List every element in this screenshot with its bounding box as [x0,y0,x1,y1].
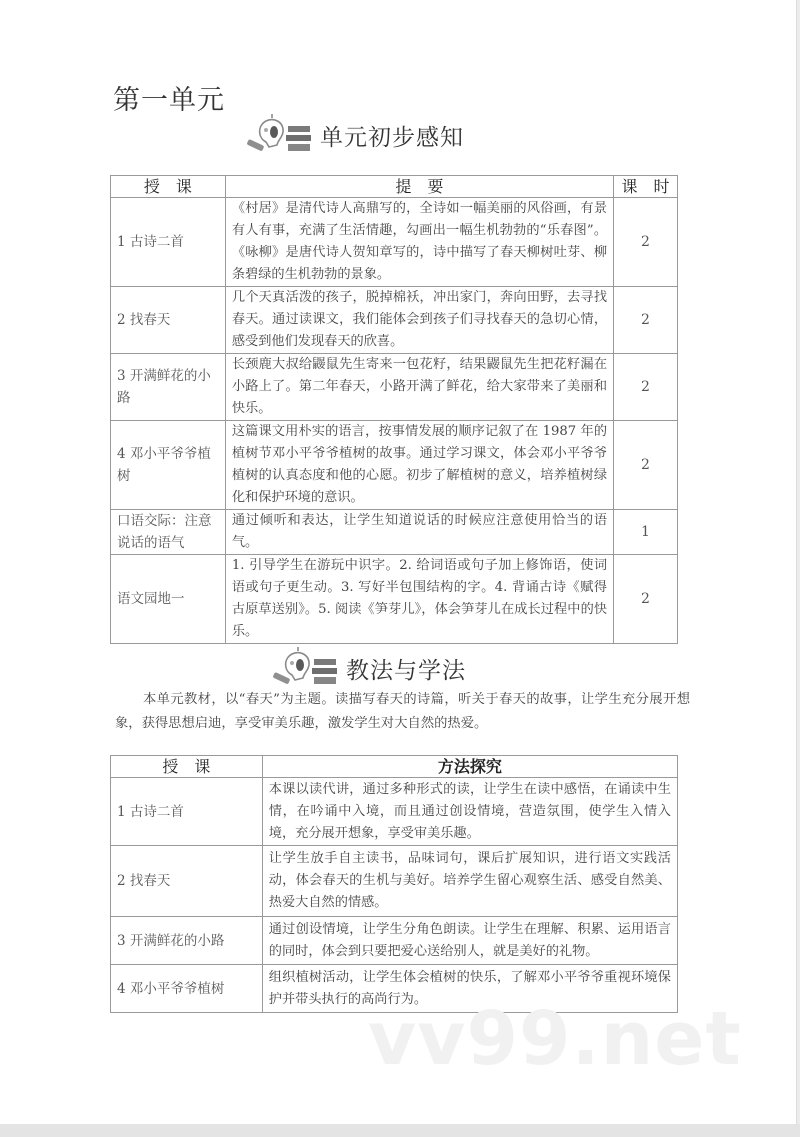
hours-cell: 2 [614,354,678,421]
lesson-cell: 语文园地一 [111,555,226,644]
lesson-cell: 2 找春天 [111,846,263,917]
lesson-cell: 1 古诗二首 [111,198,226,287]
document-page: 第一单元 单元初步感知 授 课 提 要 课 时 1 古诗二首 《村居》是清代诗人… [0,0,797,1124]
section-heading-label: 教法与学法 [346,652,466,685]
column-header-hours: 课 时 [614,176,678,198]
lesson-cell: 1 古诗二首 [111,778,263,846]
table-row: 3 开满鲜花的小路 通过创设情境，让学生分角色朗读。让学生在理解、积累、运用语言… [111,917,678,965]
method-cell: 通过创设情境，让学生分角色朗读。让学生在理解、积累、运用语言的同时，体会到只要把… [262,917,677,965]
column-header-lesson: 授 课 [111,176,226,198]
summary-cell: 长颈鹿大叔给鼹鼠先生寄来一包花籽，结果鼹鼠先生把花籽漏在小路上了。第二年春天，小… [225,354,613,421]
table-header-row: 授 课 方法探究 [111,756,678,778]
overview-table: 授 课 提 要 课 时 1 古诗二首 《村居》是清代诗人高鼎写的，全诗如一幅美丽… [110,175,678,644]
column-header-summary: 提 要 [225,176,613,198]
unit-title: 第一单元 [113,78,225,117]
lesson-cell: 4 邓小平爷爷植树 [111,965,263,1013]
summary-cell: 通过倾听和表达，让学生知道说话的时候应注意使用恰当的语气。 [225,510,613,555]
method-cell: 本课以读代讲，通过多种形式的读，让学生在读中感悟，在诵读中生情，在吟诵中入境，而… [262,778,677,846]
table-row: 3 开满鲜花的小路 长颈鹿大叔给鼹鼠先生寄来一包花籽，结果鼹鼠先生把花籽漏在小路… [111,354,678,421]
lightbulb-books-icon [244,112,314,158]
section-heading-label: 单元初步感知 [320,119,464,152]
summary-cell: 这篇课文用朴实的语言，按事情发展的顺序记叙了在 1987 年的植树节邓小平爷爷植… [225,421,613,510]
table-row: 语文园地一 1. 引导学生在游玩中识字。2. 给词语或句子加上修饰语，使词语或句… [111,555,678,644]
column-header-lesson: 授 课 [111,756,263,778]
summary-cell: 几个天真活泼的孩子，脱掉棉袄，冲出家门，奔向田野，去寻找春天。通过读课文，我们能… [225,287,613,354]
method-cell: 让学生放手自主读书，品味词句，课后扩展知识，进行语文实践活动，体会春天的生机与美… [262,846,677,917]
table-row: 1 古诗二首 《村居》是清代诗人高鼎写的，全诗如一幅美丽的风俗画，有景有人有事，… [111,198,678,287]
lesson-cell: 2 找春天 [111,287,226,354]
hours-cell: 2 [614,198,678,287]
page-bottom-edge [0,1124,800,1137]
section-heading-overview: 单元初步感知 [244,112,464,158]
method-cell: 组织植树活动，让学生体会植树的快乐，了解邓小平爷爷重视环境保护并带头执行的高尚行… [262,965,677,1013]
table-row: 2 找春天 让学生放手自主读书，品味词句，课后扩展知识，进行语文实践活动，体会春… [111,846,678,917]
methods-table: 授 课 方法探究 1 古诗二首 本课以读代讲，通过多种形式的读，让学生在读中感悟… [110,755,678,1013]
table-header-row: 授 课 提 要 课 时 [111,176,678,198]
lightbulb-books-icon [270,645,340,691]
lesson-cell: 口语交际：注意说话的语气 [111,510,226,555]
hours-cell: 2 [614,421,678,510]
table-row: 2 找春天 几个天真活泼的孩子，脱掉棉袄，冲出家门，奔向田野，去寻找春天。通过读… [111,287,678,354]
table-row: 口语交际：注意说话的语气 通过倾听和表达，让学生知道说话的时候应注意使用恰当的语… [111,510,678,555]
lesson-cell: 4 邓小平爷爷植树 [111,421,226,510]
hours-cell: 1 [614,510,678,555]
hours-cell: 2 [614,287,678,354]
lesson-cell: 3 开满鲜花的小路 [111,354,226,421]
lesson-cell: 3 开满鲜花的小路 [111,917,263,965]
hours-cell: 2 [614,555,678,644]
column-header-method: 方法探究 [262,756,677,778]
table-row: 4 邓小平爷爷植树 这篇课文用朴实的语言，按事情发展的顺序记叙了在 1987 年… [111,421,678,510]
summary-cell: 《村居》是清代诗人高鼎写的，全诗如一幅美丽的风俗画，有景有人有事，充满了生活情趣… [225,198,613,287]
table-row: 1 古诗二首 本课以读代讲，通过多种形式的读，让学生在读中感悟，在诵读中生情，在… [111,778,678,846]
summary-cell: 1. 引导学生在游玩中识字。2. 给词语或句子加上修饰语，使词语或句子更生动。3… [225,555,613,644]
section-heading-methods: 教法与学法 [270,645,466,691]
intro-paragraph: 本单元教材，以“春天”为主题。读描写春天的诗篇，听关于春天的故事，让学生充分展开… [115,688,690,736]
table-row: 4 邓小平爷爷植树 组织植树活动，让学生体会植树的快乐，了解邓小平爷爷重视环境保… [111,965,678,1013]
